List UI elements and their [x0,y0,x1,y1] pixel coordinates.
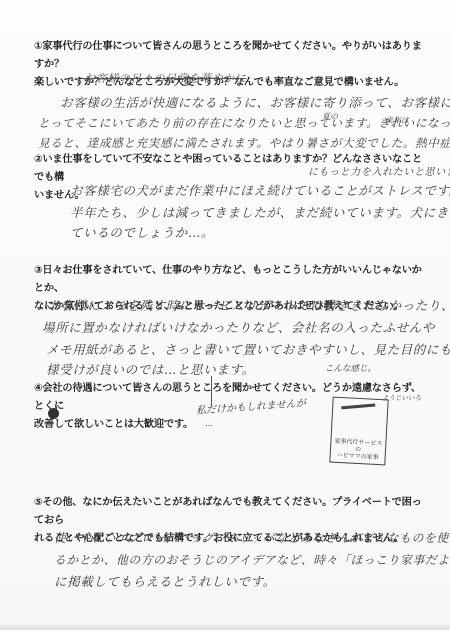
answer-5-line-2: るかとか、他の方のおそうじのアイデアなど、時々「ほっこり家事だより」 [54,549,450,571]
answer-4-mark [48,408,59,419]
answer-4-note-trail: … [205,419,213,429]
pen-sketch-icon [341,403,375,409]
sketch-caption: 家事代行サービスの ハピママの家事 [333,438,384,462]
survey-page: ①家事代行の仕事について皆さんの思うところを聞かせてください。やりがいはあります… [0,0,450,630]
answer-3-line-1: お客様にメモを残す時にサービスリポートでは書ききれなかったり、別の [48,295,450,317]
scan-edge-shadow [0,624,450,630]
answer-3-line-2: 場所に置かなければいけなかったりなど、会社名の入ったふせんや [42,317,435,339]
sketch-caption-line-2: ハピママの家事 [333,452,383,462]
answer-3-line-4: 様受けが良いのでは…と思います。 [46,359,255,381]
answer-1-line-1: お客様の生活が快適になるように、お客様に寄り添って、お客様に [60,92,450,114]
question-3-line-1: ③日々お仕事をされていて、仕事のやり方など、もっとこうした方がいいんじゃないかと… [34,262,424,298]
sticky-note-sketch: 家事代行サービスの ハピママの家事 [329,397,388,466]
answer-3-line-3: メモ用紙があると、さっと書いて置いておきやすいし、見た目的にもお客 [46,339,450,361]
answer-1-line-2: とってそこにいてあたり前の存在になりたいと思っています。きれいになった部屋を [38,112,450,134]
question-5-line-1: ⑤その他、なにか伝えたいことがあればなんでも教えてください。プライベートで困って… [34,494,424,530]
answer-5-line-1: 使いやすいエプロン、バッグ、スリッパなどみなさんがどんなものを使ってい [54,527,450,549]
answer-2-line-1: お客様宅の犬がまだ作業中にほえ続けていることがストレスです。 [70,180,450,202]
answer-4-note-right: こんな感じ。 [325,364,376,374]
answer-2-line-3: ているのでしょうか…。 [70,222,214,244]
answer-5-line-3: に掲載してもらえるとうれしいです。 [54,571,276,593]
answer-1-struck-line: お客様の日々の日常を華やかに [84,68,246,90]
annotation-pointer-line [211,376,212,406]
answer-2-line-2: 半年たち、少しは減ってきましたが、まだ続いています。犬にきらわれ [70,202,450,224]
